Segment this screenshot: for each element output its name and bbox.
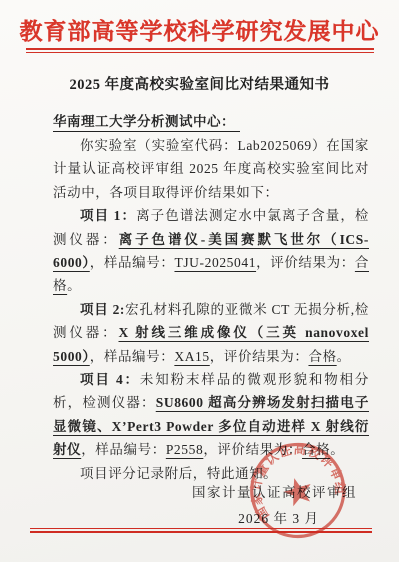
letterhead-divider: [26, 48, 374, 53]
item-4-sample-no: P2558: [166, 442, 204, 457]
recipient-salutation: 华南理工大学分析测试中心：: [53, 110, 240, 130]
doc-title: 2025 年度高校实验室间比对结果通知书: [0, 73, 399, 94]
issuer-signature: 国家计量认证高校评审组: [192, 481, 357, 501]
recipient-name: 华南理工大学分析测试中心：: [53, 114, 240, 132]
intro-paragraph: 你实验室（实验室代码：Lab2025069）在国家计量认证高校评审组 2025 …: [53, 134, 369, 204]
item-paragraph-2: 项目 2:宏孔材料孔隙的亚微米 CT 无损分析,检测仪器：X 射线三维成像仪（三…: [53, 298, 369, 368]
item-2-sample-label: ，样品编号：: [90, 349, 175, 364]
item-paragraph-4: 项目 4：未知粉末样品的微观形貌和物相分析，检测仪器：SU8600 超高分辨场发…: [53, 368, 369, 462]
item-4-sample-label: ，样品编号：: [81, 442, 166, 457]
org-letterhead: 教育部高等学校科学研究发展中心: [0, 13, 399, 46]
item-2-label: 项目 2:: [80, 302, 125, 317]
footer-divider: [30, 528, 372, 533]
item-2-sample-no: XA15: [174, 349, 209, 364]
item-2-period: 。: [337, 349, 351, 364]
item-4-result-label: ，评价结果为：: [203, 442, 302, 457]
item-4-result: 合格: [302, 442, 330, 457]
item-1-sample-no: TJU-2025041: [174, 255, 256, 270]
doc-body: 你实验室（实验室代码：Lab2025069）在国家计量认证高校评审组 2025 …: [53, 134, 369, 485]
item-paragraph-1: 项目 1：离子色谱法测定水中氯离子含量，检测仪器：离子色谱仪-美国赛默飞世尔（I…: [53, 204, 369, 298]
item-2-result: 合格: [308, 349, 336, 364]
item-4-period: 。: [330, 442, 344, 457]
item-2-result-label: ，评价结果为：: [210, 349, 309, 364]
item-1-period: 。: [67, 278, 81, 293]
item-1-result-label: ，评价结果为：: [256, 255, 355, 270]
item-1-sample-label: ，样品编号：: [90, 255, 175, 270]
item-1-label: 项目 1：: [80, 208, 136, 223]
item-4-label: 项目 4：: [80, 372, 140, 387]
notice-document-page: 教育部高等学校科学研究发展中心 2025 年度高校实验室间比对结果通知书 华南理…: [0, 0, 399, 562]
issue-date: 2026 年 3 月: [238, 507, 319, 527]
